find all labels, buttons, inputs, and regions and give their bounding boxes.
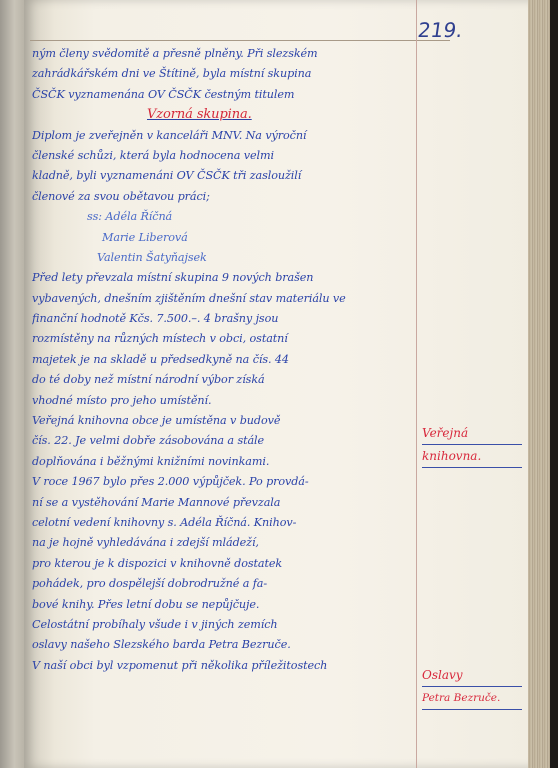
margin-rule: [416, 0, 417, 768]
text-line: majetek je na skladě u předsedkyně na čí…: [32, 350, 416, 370]
text-line: Celostátní probíhaly všude i v jiných ze…: [32, 615, 416, 635]
text-line: členové za svou obětavou práci;: [32, 187, 416, 207]
text-line: ní se a vystěhování Marie Mannové převza…: [32, 493, 416, 513]
text-line: pohádek, pro dospělejší dobrodružné a fa…: [32, 574, 416, 594]
header-rule: [30, 40, 450, 41]
text-line: V naší obci byl vzpomenut při několika p…: [32, 656, 416, 676]
text-line: finanční hodnotě Kčs. 7.500.–. 4 brašny …: [32, 309, 416, 329]
margin-note-line: Petra Bezruče.: [422, 687, 522, 710]
text-line: bové knihy. Přes letní dobu se nepůjčuje…: [32, 595, 416, 615]
chronicle-body: ným členy svědomitě a přesně plněny. Při…: [32, 44, 416, 676]
text-line: ČSČK vyznamenána OV ČSČK čestným titulem: [32, 85, 416, 105]
text-line: ným členy svědomitě a přesně plněny. Při…: [32, 44, 416, 64]
margin-note-line: Veřejná: [422, 422, 522, 445]
text-line: do té doby než místní národní výbor získ…: [32, 370, 416, 390]
margin-note-bezruc: Oslavy Petra Bezruče.: [422, 664, 522, 710]
text-line: pro kterou je k dispozici v knihovně dos…: [32, 554, 416, 574]
text-line: Veřejná knihovna obce je umístěna v budo…: [32, 411, 416, 431]
text-line: rozmístěny na různých místech v obci, os…: [32, 329, 416, 349]
margin-note-library: Veřejná knihovna.: [422, 422, 522, 468]
text-line: zahrádkářském dni ve Štítině, byla místn…: [32, 64, 416, 84]
book-gutter: [0, 0, 24, 768]
text-line: V roce 1967 bylo přes 2.000 výpůjček. Po…: [32, 472, 416, 492]
text-line: doplňována i běžnými knižními novinkami.: [32, 452, 416, 472]
text-line: čís. 22. Je velmi dobře zásobována a stá…: [32, 431, 416, 451]
text-line: na je hojně vyhledávána i zdejší mládeží…: [32, 533, 416, 553]
text-line: vybavených, dnešním zjištěním dnešní sta…: [32, 289, 416, 309]
page-edge-stack: [528, 0, 558, 768]
signature-line: Marie Liberová: [32, 228, 416, 248]
text-line: Diplom je zveřejněn v kanceláři MNV. Na …: [32, 126, 416, 146]
text-line: Před lety převzala místní skupina 9 nový…: [32, 268, 416, 288]
text-line: kladně, byli vyznamenáni OV ČSČK tři zas…: [32, 166, 416, 186]
text-line: oslavy našeho Slezského barda Petra Bezr…: [32, 635, 416, 655]
margin-note-line: Oslavy: [422, 664, 522, 687]
text-line: členské schůzi, která byla hodnocena vel…: [32, 146, 416, 166]
page-number: 219.: [416, 18, 464, 42]
margin-note-line: knihovna.: [422, 445, 522, 468]
award-heading: Vzorná skupina.: [32, 105, 416, 125]
text-line: celotní vedení knihovny s. Adéla Říčná. …: [32, 513, 416, 533]
signature-line: ss: Adéla Říčná: [32, 207, 416, 227]
text-line: vhodné místo pro jeho umístění.: [32, 391, 416, 411]
signature-line: Valentin Šatyňajsek: [32, 248, 416, 268]
